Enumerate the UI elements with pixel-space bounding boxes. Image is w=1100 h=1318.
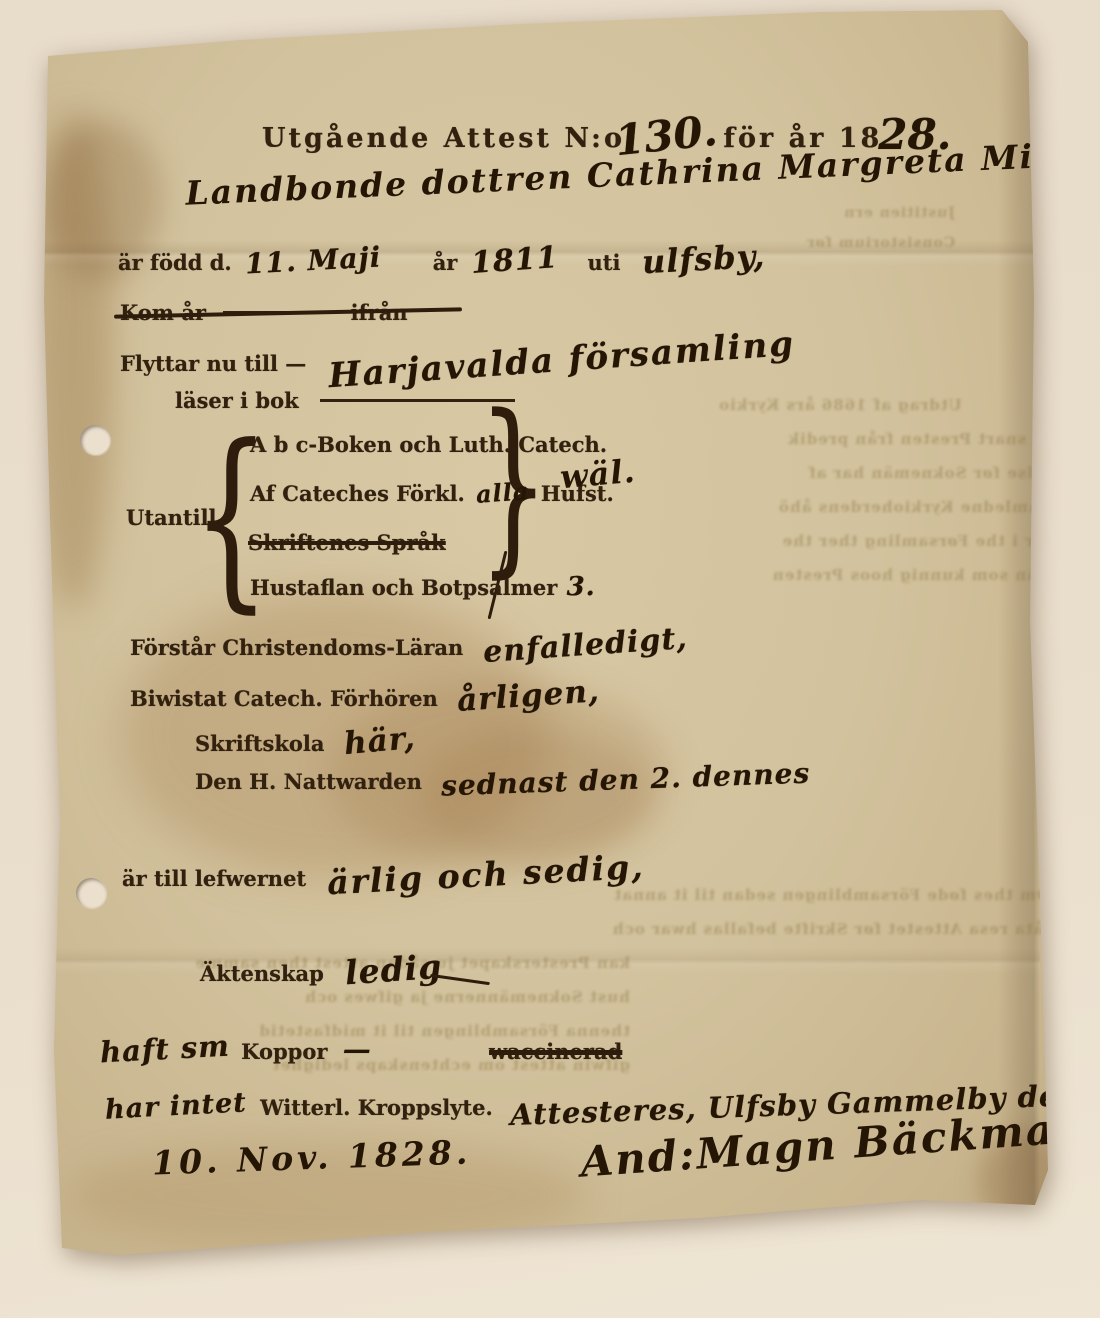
bleedthrough-block-2: Utdrag af 1686 års Kyrkio Så snart Prest… <box>625 388 1055 592</box>
born-printed-2: år <box>433 250 458 275</box>
flyttar-line: Flyttar nu till — Harjavalda församling <box>120 340 795 380</box>
koppor-printed: Koppor <box>241 1039 327 1064</box>
koppor-hand-prefix: haft sm <box>99 1029 230 1070</box>
biwistat-line: Biwistat Catech. Förhören årligen, <box>130 678 600 714</box>
stain-left-edge <box>34 110 114 610</box>
flyttar-destination-handwritten: Harjavalda församling <box>327 324 796 397</box>
skriftskola-line: Skriftskola här, <box>195 723 415 759</box>
utantill-item-3-struck: Skriftenes Språk <box>248 530 446 555</box>
utantill-item-4-handwritten: 3. <box>567 572 596 602</box>
witterl-hand-prefix: har intet <box>104 1087 247 1125</box>
nattwarden-line: Den H. Nattwarden sednast den 2. dennes <box>195 763 810 796</box>
forstar-handwritten: enfalledigt, <box>482 621 689 670</box>
born-printed-1: är född d. <box>118 250 232 275</box>
aktenskap-handwritten: ledig <box>344 947 444 993</box>
lefwernet-line: är till lefwernet ärlig och sedig, <box>122 855 645 894</box>
bleedthrough-line: Justitien ern <box>745 198 955 228</box>
utantill-item-2-printed-1: Af Cateches Förkl. <box>250 481 465 506</box>
photo-of-document: Justitien ern Consistorium før Utdrag af… <box>0 0 1100 1318</box>
born-line: är född d. 11. Maji år 1811 uti ulfsby, <box>118 240 765 278</box>
koppor-line: haft sm Koppor — waccinerad <box>100 1032 622 1066</box>
bleedthrough-line: låta resa Attestet før Skrifte befallas … <box>150 912 1050 946</box>
punch-hole-top <box>80 425 110 455</box>
bleedthrough-line: der i the Førsamling ther the <box>625 524 1055 558</box>
utantill-item-2-handwritten: alla <box>475 476 530 509</box>
born-year-handwritten: 1811 <box>470 240 560 281</box>
lefwernet-printed: är till lefwernet <box>122 866 306 891</box>
date-handwritten: 10. Nov. 1828. <box>151 1132 471 1182</box>
aktenskap-printed: Äktenskap <box>200 961 324 986</box>
bleedthrough-line: Utdrag af 1686 års Kyrkio <box>625 388 1055 422</box>
forstar-line: Förstår Christendoms-Läran enfalledigt, <box>130 628 687 663</box>
skriftskola-handwritten: här, <box>342 720 416 762</box>
utantill-item-3-text: Skriftenes Språk <box>248 530 446 555</box>
witterl-printed: Witterl. Kroppslyte. <box>260 1095 493 1120</box>
nattwarden-handwritten: sednast den 2. dennes <box>441 757 811 803</box>
born-place-handwritten: ulfsby, <box>641 237 766 281</box>
nattwarden-printed: Den H. Nattwarden <box>195 769 422 794</box>
waccinerad-struck: waccinerad <box>489 1039 622 1064</box>
biwistat-printed: Biwistat Catech. Förhören <box>130 686 438 711</box>
koppor-hand-dash: — <box>343 1033 372 1066</box>
flyttar-printed: Flyttar nu till — <box>120 351 306 376</box>
bleedthrough-line: Så snart Presten från predik <box>625 422 1055 456</box>
utantill-item-1: A b c-Boken och Luth. Catech. <box>250 432 607 457</box>
aktenskap-line: Äktenskap ledig <box>200 950 442 989</box>
skriftskola-printed: Skriftskola <box>195 731 324 756</box>
paper-sheet: Justitien ern Consistorium før Utdrag af… <box>0 0 1100 1318</box>
kom-line-struck: Kom år ifrån <box>120 300 408 325</box>
header-printed-prefix: Utgående Attest N:o <box>262 123 625 154</box>
lefwernet-handwritten: ärlig och sedig, <box>327 847 646 903</box>
utantill-item-4: Hustaflan och Botpsalmer 3. <box>250 572 596 602</box>
utantill-item-2: Af Cateches Förkl. alla Hufst. <box>250 478 614 507</box>
biwistat-handwritten: årligen, <box>456 673 601 719</box>
bleedthrough-line: gelse før Soknemän har af <box>625 456 1055 490</box>
utantill-item-4-text: Hustaflan och Botpsalmer <box>250 575 557 600</box>
utantill-grade-handwritten: wäl. <box>558 452 637 496</box>
bleedthrough-line: kiän som kunnig hoos Presten <box>625 558 1055 592</box>
forstar-printed: Förstår Christendoms-Läran <box>130 635 463 660</box>
fold-crease-right <box>998 10 1040 1210</box>
paper-sheet-wrap: Justitien ern Consistorium før Utdrag af… <box>0 0 1100 1318</box>
fold-crease-lower <box>40 948 1040 974</box>
punch-hole-bottom <box>76 878 106 908</box>
born-day-handwritten: 11. Maji <box>244 240 382 280</box>
born-printed-3: uti <box>588 250 621 275</box>
bleedthrough-line: framledne Kyrkioherdens åhö <box>625 490 1055 524</box>
utantill-item-1-text: A b c-Boken och Luth. Catech. <box>250 432 607 457</box>
